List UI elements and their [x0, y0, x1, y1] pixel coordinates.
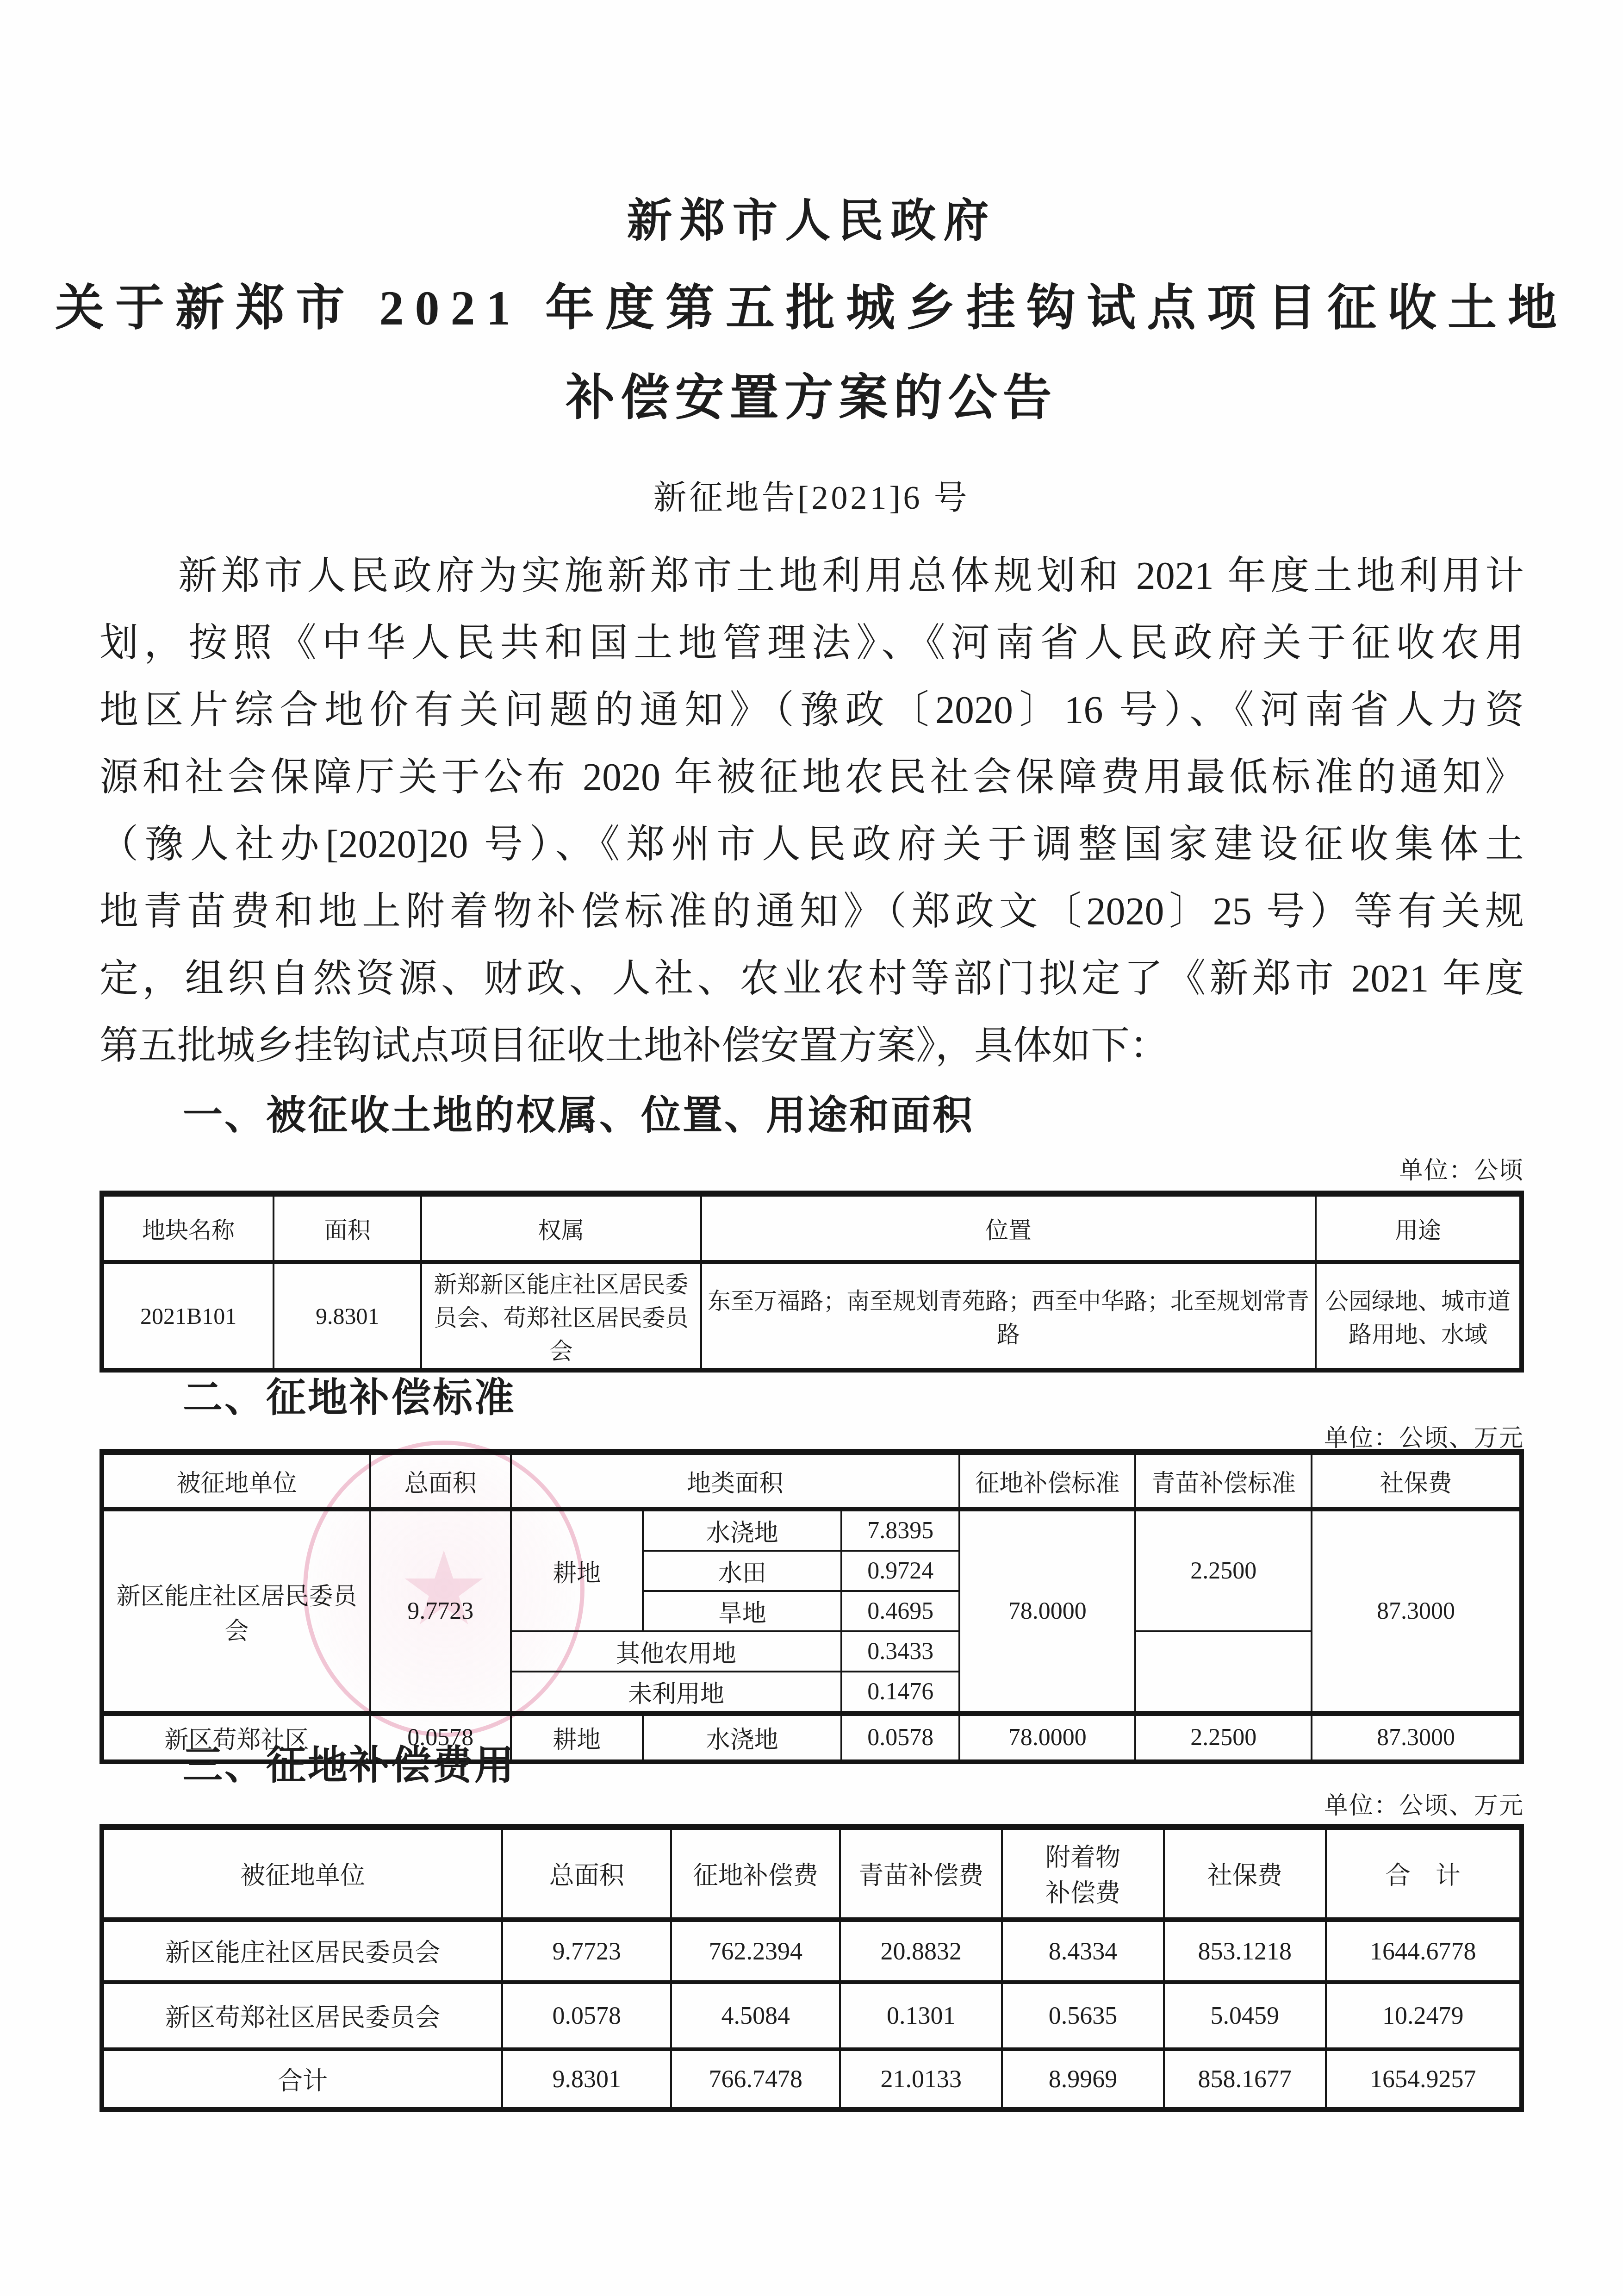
body-line: 第五批城乡挂钩试点项目征收土地补偿安置方案》，具体如下：	[99, 1012, 1524, 1079]
section-2-heading: 二、征地补偿标准	[183, 1366, 516, 1423]
land-area-cell: 0.9724	[841, 1551, 959, 1591]
section-3-unit-note: 单位：公顷、万元	[1324, 1786, 1524, 1821]
table-row: 新区能庄社区居民委员会 9.7723 耕地 水浇地 7.8395 78.0000…	[102, 1510, 1522, 1551]
page-title-line-3: 补偿安置方案的公告	[0, 358, 1623, 429]
section-3-heading: 三、征地补偿费用	[183, 1733, 516, 1791]
area-cell: 9.8301	[274, 1262, 421, 1371]
table-cell: 858.1677	[1164, 2049, 1326, 2109]
table-header-row: 地块名称 面积 权属 位置 用途	[102, 1194, 1522, 1262]
col-header-attachment-fee: 附着物 补偿费	[1002, 1827, 1164, 1920]
land-type-cell: 其他农用地	[511, 1631, 842, 1672]
land-type-cell: 未利用地	[511, 1672, 842, 1714]
table-cell: 0.1301	[840, 1982, 1002, 2049]
body-line: （豫人社办[2020]20 号）、《郑州市人民政府关于调整国家建设征收集体土	[99, 811, 1524, 878]
table-cell: 0.0578	[502, 1982, 671, 2049]
table-cell: 766.7478	[671, 2049, 840, 2109]
page-title-line-1: 新郑市人民政府	[0, 184, 1623, 250]
section-1-heading: 一、被征收土地的权属、位置、用途和面积	[183, 1083, 974, 1141]
land-info-table: 地块名称 面积 权属 位置 用途 2021B101 9.8301 新郑新区能庄社…	[99, 1191, 1524, 1352]
compensation-standard-table: 被征地单位 总面积 地类面积 征地补偿标准 青苗补偿标准 社保费 新区能庄社区居…	[99, 1449, 1524, 1713]
col-header-social-fee: 社保费	[1312, 1452, 1522, 1510]
body-line: 源和社会保障厅关于公布 2020 年被征地农民社会保障费用最低标准的通知》	[99, 744, 1524, 811]
land-area-cell: 7.8395	[841, 1510, 959, 1551]
seedling-empty-cell	[1135, 1631, 1311, 1714]
table-header-row: 被征地单位 总面积 地类面积 征地补偿标准 青苗补偿标准 社保费	[102, 1452, 1522, 1510]
table-cell: 853.1218	[1164, 1920, 1326, 1982]
col-header-total-area: 总面积	[370, 1452, 511, 1510]
social-fee-cell: 87.3000	[1312, 1714, 1522, 1762]
table-row: 2021B101 9.8301 新郑新区能庄社区居民委员会、苟郑社区居民委员会 …	[102, 1262, 1522, 1371]
table-cell: 0.5635	[1002, 1982, 1164, 2049]
unit-cell: 新区能庄社区居民委员会	[102, 1510, 370, 1714]
land-area-cell: 0.4695	[841, 1591, 959, 1631]
col-header-seedling-standard: 青苗补偿标准	[1135, 1452, 1311, 1510]
table-header-row: 被征地单位 总面积 征地补偿费 青苗补偿费 附着物 补偿费 社保费 合 计	[102, 1827, 1522, 1920]
table-cell: 5.0459	[1164, 1982, 1326, 2049]
seedling-standard-cell: 2.2500	[1135, 1714, 1311, 1762]
usage-cell: 公园绿地、城市道路用地、水域	[1316, 1262, 1522, 1371]
table-row: 新区苟郑社区居民委员会 0.0578 4.5084 0.1301 0.5635 …	[102, 1982, 1522, 2049]
table-cell: 9.7723	[502, 1920, 671, 1982]
page-title-line-2: 关于新郑市 2021 年度第五批城乡挂钩试点项目征收土地	[0, 268, 1623, 339]
comp-standard-cell: 78.0000	[959, 1714, 1135, 1762]
unit-cell: 合计	[102, 2049, 502, 2109]
land-area-cell: 0.0578	[841, 1714, 959, 1762]
unit-cell: 新区苟郑社区居民委员会	[102, 1982, 502, 2049]
col-header-land-area: 地类面积	[511, 1452, 959, 1510]
body-line: 划，按照《中华人民共和国土地管理法》、《河南省人民政府关于征收农用	[99, 610, 1524, 677]
plot-name-cell: 2021B101	[102, 1262, 274, 1371]
col-header-ownership: 权属	[421, 1194, 701, 1262]
total-row: 合计 9.8301 766.7478 21.0133 8.9969 858.16…	[102, 2049, 1522, 2109]
social-fee-cell: 87.3000	[1312, 1510, 1522, 1714]
land-type-cell: 水浇地	[643, 1510, 842, 1551]
table-cell: 1644.6778	[1326, 1920, 1522, 1982]
doc-number: 新征地告[2021]6 号	[0, 470, 1623, 518]
table-cell: 9.8301	[502, 2049, 671, 2109]
body-line: 地青苗费和地上附着物补偿标准的通知》（郑政文〔2020〕25 号）等有关规	[99, 878, 1524, 945]
compensation-cost-table: 被征地单位 总面积 征地补偿费 青苗补偿费 附着物 补偿费 社保费 合 计 新区…	[99, 1824, 1524, 2106]
body-line: 新郑市人民政府为实施新郑市土地利用总体规划和 2021 年度土地利用计	[99, 543, 1524, 610]
table-row: 新区能庄社区居民委员会 9.7723 762.2394 20.8832 8.43…	[102, 1920, 1522, 1982]
col-header-comp-fee: 征地补偿费	[671, 1827, 840, 1920]
col-header-usage: 用途	[1316, 1194, 1522, 1262]
col-header-location: 位置	[701, 1194, 1316, 1262]
table-cell: 762.2394	[671, 1920, 840, 1982]
body-line: 定，组织自然资源、财政、人社、农业农村等部门拟定了《新郑市 2021 年度	[99, 945, 1524, 1012]
table-cell: 1654.9257	[1326, 2049, 1522, 2109]
table-cell: 21.0133	[840, 2049, 1002, 2109]
col-header-comp-standard: 征地补偿标准	[959, 1452, 1135, 1510]
table-cell: 10.2479	[1326, 1982, 1522, 2049]
land-area-cell: 0.1476	[841, 1672, 959, 1714]
table-cell: 20.8832	[840, 1920, 1002, 1982]
col-header-total: 合 计	[1326, 1827, 1522, 1920]
section-2-unit-note: 单位：公顷、万元	[1324, 1418, 1524, 1453]
unit-cell: 新区能庄社区居民委员会	[102, 1920, 502, 1982]
ownership-cell: 新郑新区能庄社区居民委员会、苟郑社区居民委员会	[421, 1262, 701, 1371]
announcement-page: 新郑市人民政府 关于新郑市 2021 年度第五批城乡挂钩试点项目征收土地 补偿安…	[0, 0, 1623, 2296]
land-area-cell: 0.3433	[841, 1631, 959, 1672]
location-cell: 东至万福路；南至规划青苑路；西至中华路；北至规划常青路	[701, 1262, 1316, 1371]
body-paragraph: 新郑市人民政府为实施新郑市土地利用总体规划和 2021 年度土地利用计 划，按照…	[99, 543, 1524, 1079]
section-1-unit-note: 单位：公顷	[1399, 1151, 1524, 1185]
land-type-cell: 旱地	[643, 1591, 842, 1631]
seedling-standard-cell: 2.2500	[1135, 1510, 1311, 1632]
col-header-area: 面积	[274, 1194, 421, 1262]
cultivated-label-cell: 耕地	[511, 1510, 643, 1632]
col-header-plot-name: 地块名称	[102, 1194, 274, 1262]
table-cell: 4.5084	[671, 1982, 840, 2049]
col-header-seedling-fee: 青苗补偿费	[840, 1827, 1002, 1920]
col-header-social-fee: 社保费	[1164, 1827, 1326, 1920]
total-area-cell: 9.7723	[370, 1510, 511, 1714]
table-cell: 8.4334	[1002, 1920, 1164, 1982]
body-line: 地区片综合地价有关问题的通知》（豫政〔2020〕16 号）、《河南省人力资	[99, 677, 1524, 744]
col-header-total-area: 总面积	[502, 1827, 671, 1920]
cultivated-label-cell: 耕地	[511, 1714, 643, 1762]
col-header-unit: 被征地单位	[102, 1452, 370, 1510]
table-cell: 8.9969	[1002, 2049, 1164, 2109]
land-type-cell: 水浇地	[643, 1714, 842, 1762]
land-type-cell: 水田	[643, 1551, 842, 1591]
col-header-unit: 被征地单位	[102, 1827, 502, 1920]
comp-standard-cell: 78.0000	[959, 1510, 1135, 1714]
